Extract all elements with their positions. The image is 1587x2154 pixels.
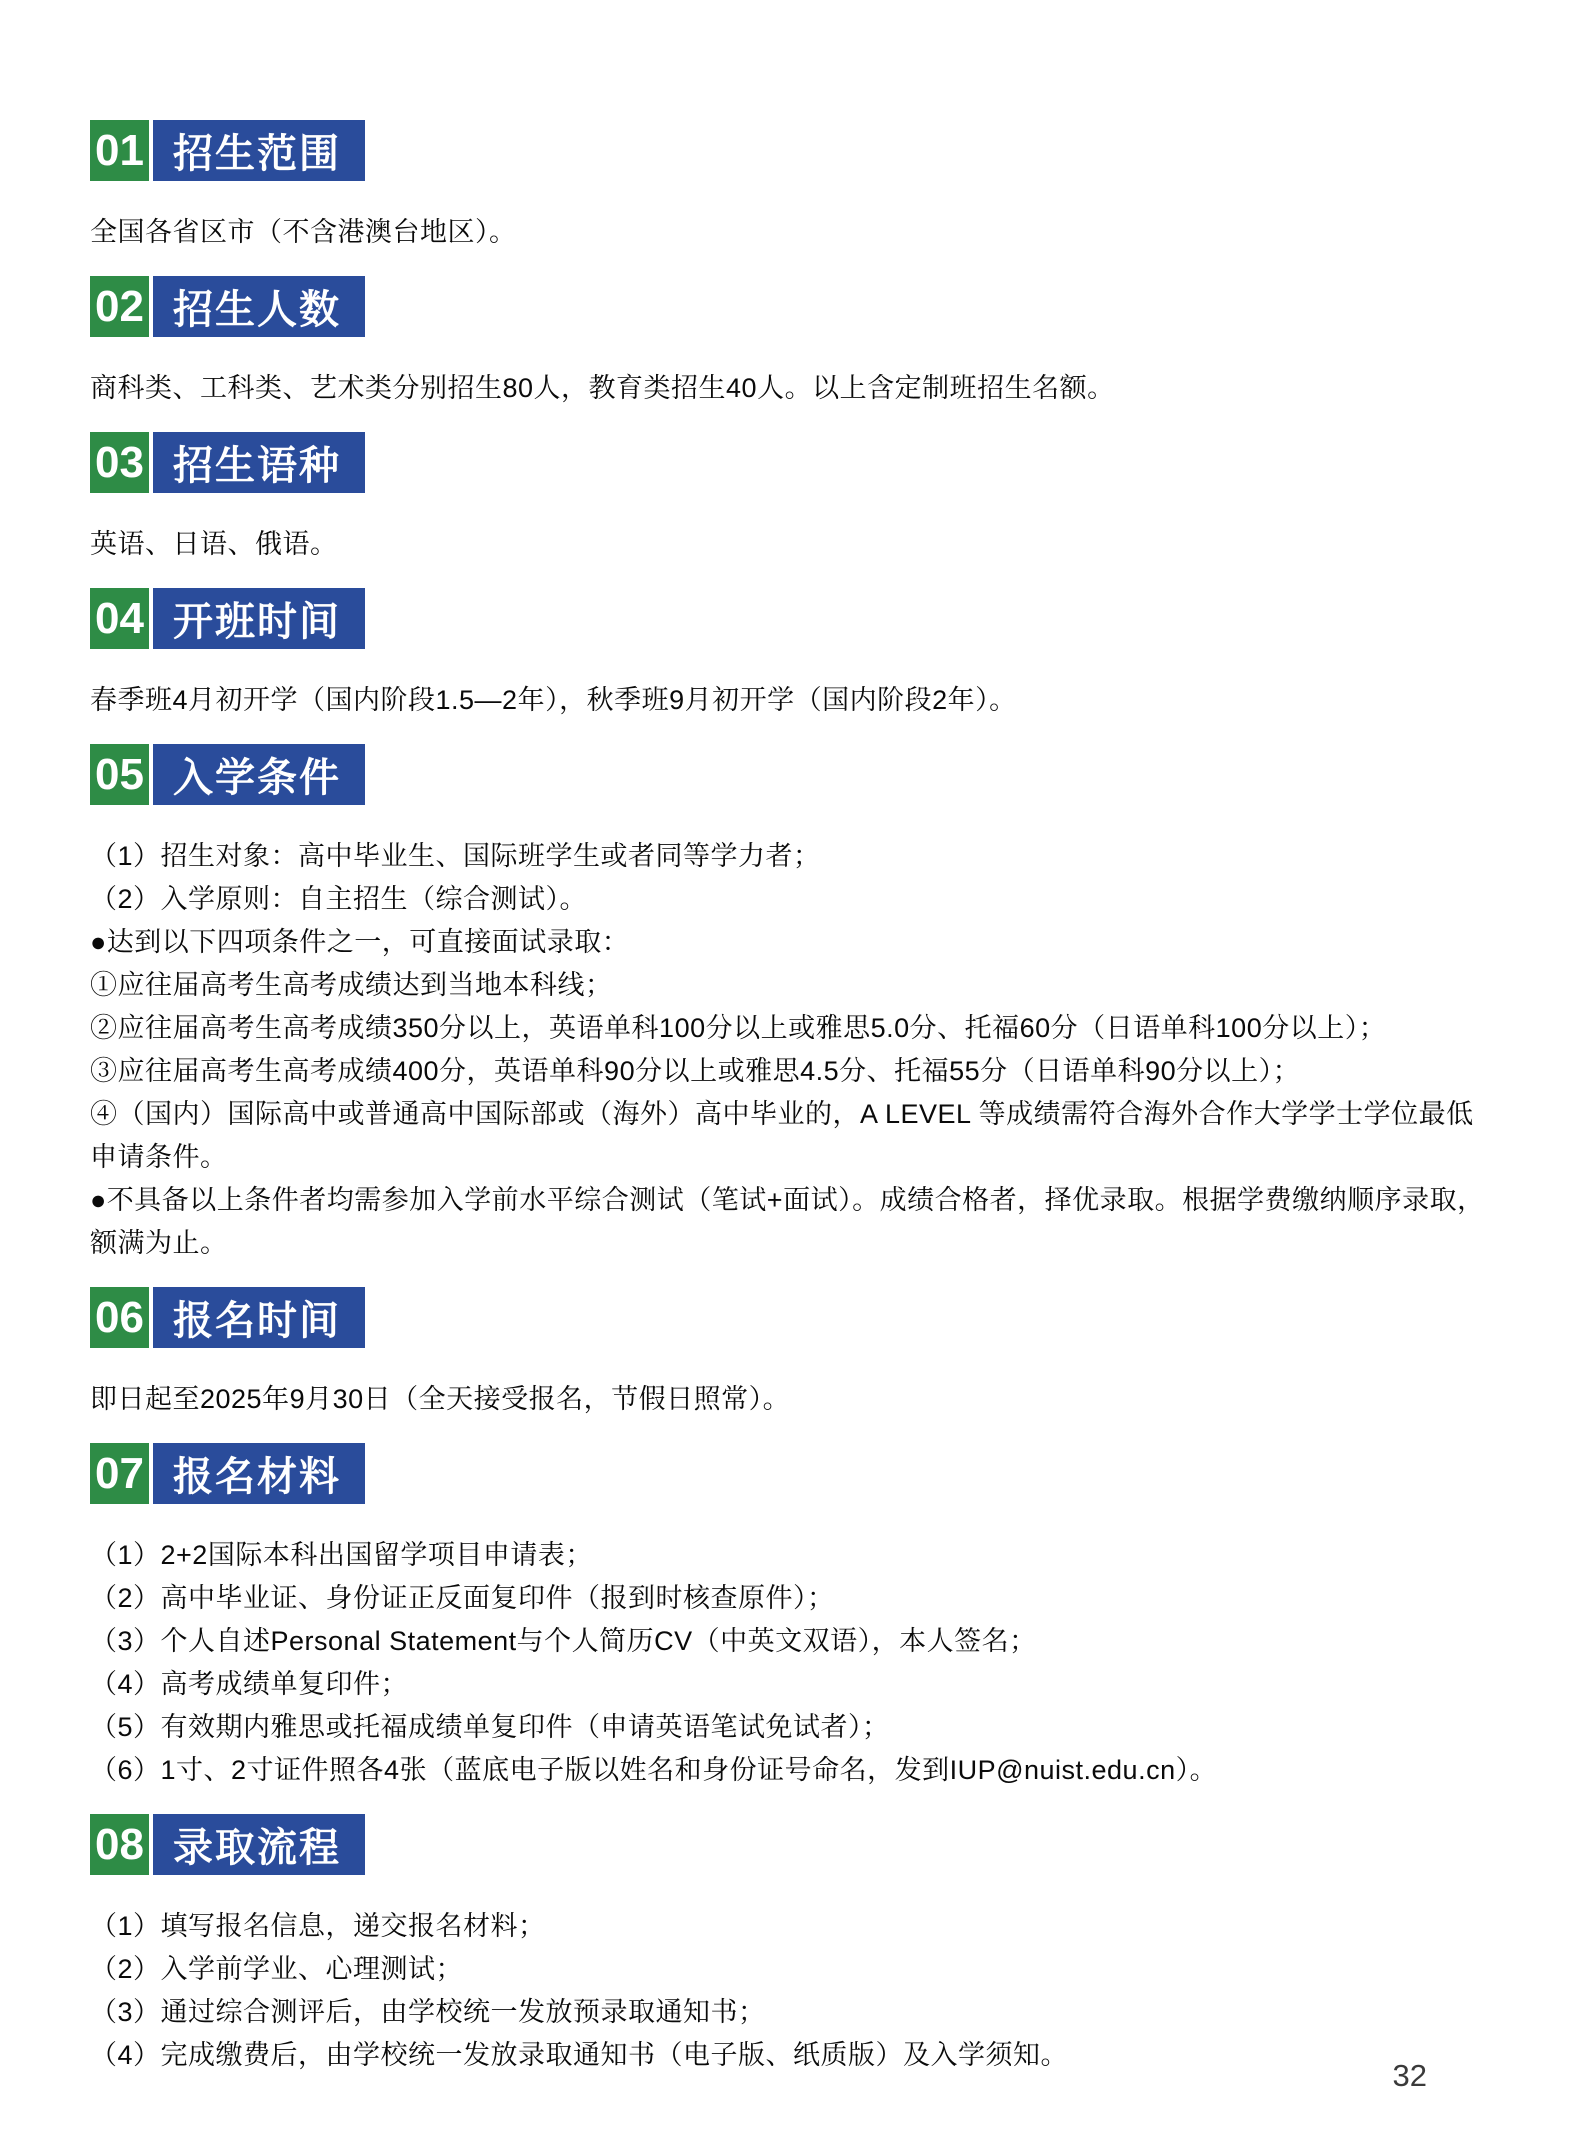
text-line: （3）个人自述Personal Statement与个人简历CV（中英文双语），… — [90, 1620, 1497, 1663]
text-line: （5）有效期内雅思或托福成绩单复印件（申请英语笔试免试者）； — [90, 1706, 1497, 1749]
section-06: 06 报名时间 即日起至2025年9月30日（全天接受报名，节假日照常）。 — [90, 1287, 1497, 1421]
section-body: （1）2+2国际本科出国留学项目申请表；（2）高中毕业证、身份证正反面复印件（报… — [90, 1534, 1497, 1792]
section-02: 02 招生人数 商科类、工科类、艺术类分别招生80人，教育类招生40人。以上含定… — [90, 276, 1497, 410]
text-line: 春季班4月初开学（国内阶段1.5—2年），秋季班9月初开学（国内阶段2年）。 — [90, 679, 1497, 722]
text-line: ④（国内）国际高中或普通高中国际部或（海外）高中毕业的，A LEVEL 等成绩需… — [90, 1093, 1497, 1179]
section-number-badge: 07 — [90, 1443, 149, 1504]
section-body: 春季班4月初开学（国内阶段1.5—2年），秋季班9月初开学（国内阶段2年）。 — [90, 679, 1497, 722]
section-title-badge: 招生人数 — [153, 276, 365, 337]
text-line: ●不具备以上条件者均需参加入学前水平综合测试（笔试+面试）。成绩合格者，择优录取… — [90, 1179, 1497, 1265]
section-03: 03 招生语种 英语、日语、俄语。 — [90, 432, 1497, 566]
text-line: （2）入学原则：自主招生（综合测试）。 — [90, 878, 1497, 921]
section-01: 01 招生范围 全国各省区市（不含港澳台地区）。 — [90, 120, 1497, 254]
page-number: 32 — [1393, 2058, 1427, 2094]
section-header: 02 招生人数 — [90, 276, 1497, 337]
text-line: （6）1寸、2寸证件照各4张（蓝底电子版以姓名和身份证号命名，发到IUP@nui… — [90, 1749, 1497, 1792]
section-body: （1）招生对象：高中毕业生、国际班学生或者同等学力者；（2）入学原则：自主招生（… — [90, 835, 1497, 1265]
section-title-badge: 入学条件 — [153, 744, 365, 805]
text-line: ②应往届高考生高考成绩350分以上，英语单科100分以上或雅思5.0分、托福60… — [90, 1007, 1497, 1050]
section-08: 08 录取流程 （1）填写报名信息，递交报名材料；（2）入学前学业、心理测试；（… — [90, 1814, 1497, 2077]
section-title-badge: 报名时间 — [153, 1287, 365, 1348]
section-number-badge: 03 — [90, 432, 149, 493]
section-body: 即日起至2025年9月30日（全天接受报名，节假日照常）。 — [90, 1378, 1497, 1421]
text-line: 即日起至2025年9月30日（全天接受报名，节假日照常）。 — [90, 1378, 1497, 1421]
section-header: 07 报名材料 — [90, 1443, 1497, 1504]
section-title-badge: 开班时间 — [153, 588, 365, 649]
section-body: （1）填写报名信息，递交报名材料；（2）入学前学业、心理测试；（3）通过综合测评… — [90, 1905, 1497, 2077]
text-line: ①应往届高考生高考成绩达到当地本科线； — [90, 964, 1497, 1007]
section-number-badge: 02 — [90, 276, 149, 337]
text-line: ●达到以下四项条件之一，可直接面试录取： — [90, 921, 1497, 964]
section-header: 08 录取流程 — [90, 1814, 1497, 1875]
sections-container: 01 招生范围 全国各省区市（不含港澳台地区）。 02 招生人数 商科类、工科类… — [90, 120, 1497, 2077]
text-line: 英语、日语、俄语。 — [90, 523, 1497, 566]
section-header: 04 开班时间 — [90, 588, 1497, 649]
section-header: 01 招生范围 — [90, 120, 1497, 181]
section-header: 06 报名时间 — [90, 1287, 1497, 1348]
section-body: 商科类、工科类、艺术类分别招生80人，教育类招生40人。以上含定制班招生名额。 — [90, 367, 1497, 410]
section-number-badge: 01 — [90, 120, 149, 181]
section-title-badge: 招生语种 — [153, 432, 365, 493]
section-header: 05 入学条件 — [90, 744, 1497, 805]
text-line: 全国各省区市（不含港澳台地区）。 — [90, 211, 1497, 254]
document-page: 01 招生范围 全国各省区市（不含港澳台地区）。 02 招生人数 商科类、工科类… — [0, 0, 1587, 2077]
text-line: 商科类、工科类、艺术类分别招生80人，教育类招生40人。以上含定制班招生名额。 — [90, 367, 1497, 410]
section-05: 05 入学条件 （1）招生对象：高中毕业生、国际班学生或者同等学力者；（2）入学… — [90, 744, 1497, 1265]
section-title-badge: 录取流程 — [153, 1814, 365, 1875]
section-number-badge: 04 — [90, 588, 149, 649]
text-line: （4）完成缴费后，由学校统一发放录取通知书（电子版、纸质版）及入学须知。 — [90, 2034, 1497, 2077]
section-body: 英语、日语、俄语。 — [90, 523, 1497, 566]
section-title-badge: 报名材料 — [153, 1443, 365, 1504]
text-line: （2）高中毕业证、身份证正反面复印件（报到时核查原件）； — [90, 1577, 1497, 1620]
text-line: （1）2+2国际本科出国留学项目申请表； — [90, 1534, 1497, 1577]
text-line: ③应往届高考生高考成绩400分，英语单科90分以上或雅思4.5分、托福55分（日… — [90, 1050, 1497, 1093]
text-line: （2）入学前学业、心理测试； — [90, 1948, 1497, 1991]
text-line: （3）通过综合测评后，由学校统一发放预录取通知书； — [90, 1991, 1497, 2034]
section-header: 03 招生语种 — [90, 432, 1497, 493]
section-number-badge: 05 — [90, 744, 149, 805]
text-line: （1）填写报名信息，递交报名材料； — [90, 1905, 1497, 1948]
section-body: 全国各省区市（不含港澳台地区）。 — [90, 211, 1497, 254]
section-04: 04 开班时间 春季班4月初开学（国内阶段1.5—2年），秋季班9月初开学（国内… — [90, 588, 1497, 722]
text-line: （4）高考成绩单复印件； — [90, 1663, 1497, 1706]
section-title-badge: 招生范围 — [153, 120, 365, 181]
section-number-badge: 08 — [90, 1814, 149, 1875]
section-number-badge: 06 — [90, 1287, 149, 1348]
text-line: （1）招生对象：高中毕业生、国际班学生或者同等学力者； — [90, 835, 1497, 878]
section-07: 07 报名材料 （1）2+2国际本科出国留学项目申请表；（2）高中毕业证、身份证… — [90, 1443, 1497, 1792]
